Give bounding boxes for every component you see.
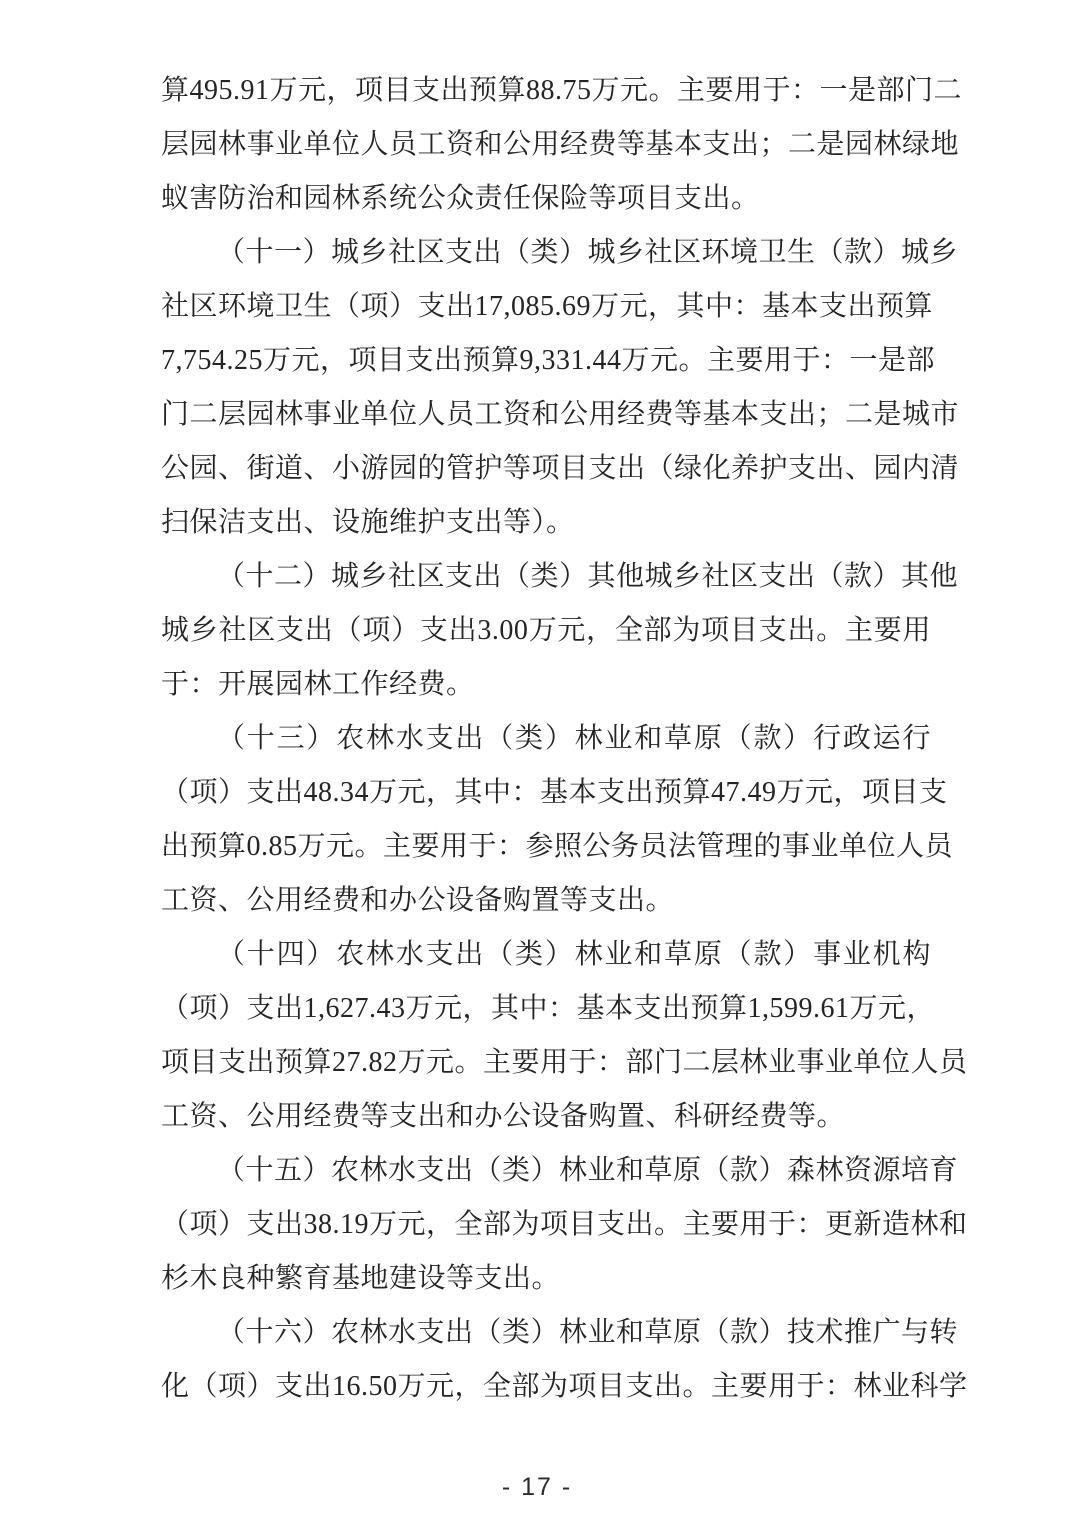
document-body: 算495.91万元，项目支出预算88.75万元。主要用于：一是部门二层园林事业单… xyxy=(161,64,931,1414)
text-line: 7,754.25万元，项目支出预算9,331.44万元。主要用于：一是部 xyxy=(161,334,931,388)
para-item-15: （十五）农林水支出（类）林业和草原（款）森林资源培育（项）支出38.19万元，全… xyxy=(161,1144,931,1306)
text-line: 于：开展园林工作经费。 xyxy=(161,658,931,712)
para-item-11: （十一）城乡社区支出（类）城乡社区环境卫生（款）城乡社区环境卫生（项）支出17,… xyxy=(161,226,931,550)
page-number: - 17 - xyxy=(0,1473,1074,1502)
text-line: （十二）城乡社区支出（类）其他城乡社区支出（款）其他 xyxy=(161,550,931,604)
para-item-10-continuation: 算495.91万元，项目支出预算88.75万元。主要用于：一是部门二层园林事业单… xyxy=(161,64,931,226)
para-item-12: （十二）城乡社区支出（类）其他城乡社区支出（款）其他城乡社区支出（项）支出3.0… xyxy=(161,550,931,712)
text-line: 公园、街道、小游园的管护等项目支出（绿化养护支出、园内清 xyxy=(161,442,931,496)
text-line: 化（项）支出16.50万元，全部为项目支出。主要用于：林业科学 xyxy=(161,1360,931,1414)
text-line: （十四）农林水支出（类）林业和草原（款）事业机构 xyxy=(161,928,931,982)
text-line: （十六）农林水支出（类）林业和草原（款）技术推广与转 xyxy=(161,1306,931,1360)
text-line: 算495.91万元，项目支出预算88.75万元。主要用于：一是部门二 xyxy=(161,64,931,118)
document-page: 算495.91万元，项目支出预算88.75万元。主要用于：一是部门二层园林事业单… xyxy=(0,0,1074,1520)
para-item-14: （十四）农林水支出（类）林业和草原（款）事业机构（项）支出1,627.43万元，… xyxy=(161,928,931,1144)
text-line: （十三）农林水支出（类）林业和草原（款）行政运行 xyxy=(161,712,931,766)
text-line: （项）支出48.34万元，其中：基本支出预算47.49万元，项目支 xyxy=(161,766,931,820)
text-line: 扫保洁支出、设施维护支出等）。 xyxy=(161,496,931,550)
text-line: （十五）农林水支出（类）林业和草原（款）森林资源培育 xyxy=(161,1144,931,1198)
para-item-13: （十三）农林水支出（类）林业和草原（款）行政运行（项）支出48.34万元，其中：… xyxy=(161,712,931,928)
text-line: 蚁害防治和园林系统公众责任保险等项目支出。 xyxy=(161,172,931,226)
para-item-16: （十六）农林水支出（类）林业和草原（款）技术推广与转化（项）支出16.50万元，… xyxy=(161,1306,931,1414)
text-line: 门二层园林事业单位人员工资和公用经费等基本支出；二是城市 xyxy=(161,388,931,442)
text-line: 出预算0.85万元。主要用于：参照公务员法管理的事业单位人员 xyxy=(161,820,931,874)
text-line: （项）支出1,627.43万元，其中：基本支出预算1,599.61万元， xyxy=(161,982,931,1036)
text-line: 工资、公用经费和办公设备购置等支出。 xyxy=(161,874,931,928)
text-line: 层园林事业单位人员工资和公用经费等基本支出；二是园林绿地 xyxy=(161,118,931,172)
text-line: 城乡社区支出（项）支出3.00万元，全部为项目支出。主要用 xyxy=(161,604,931,658)
text-line: 社区环境卫生（项）支出17,085.69万元，其中：基本支出预算 xyxy=(161,280,931,334)
text-line: （十一）城乡社区支出（类）城乡社区环境卫生（款）城乡 xyxy=(161,226,931,280)
text-line: 工资、公用经费等支出和办公设备购置、科研经费等。 xyxy=(161,1090,931,1144)
text-line: （项）支出38.19万元，全部为项目支出。主要用于：更新造林和 xyxy=(161,1198,931,1252)
text-line: 杉木良种繁育基地建设等支出。 xyxy=(161,1252,931,1306)
text-line: 项目支出预算27.82万元。主要用于：部门二层林业事业单位人员 xyxy=(161,1036,931,1090)
